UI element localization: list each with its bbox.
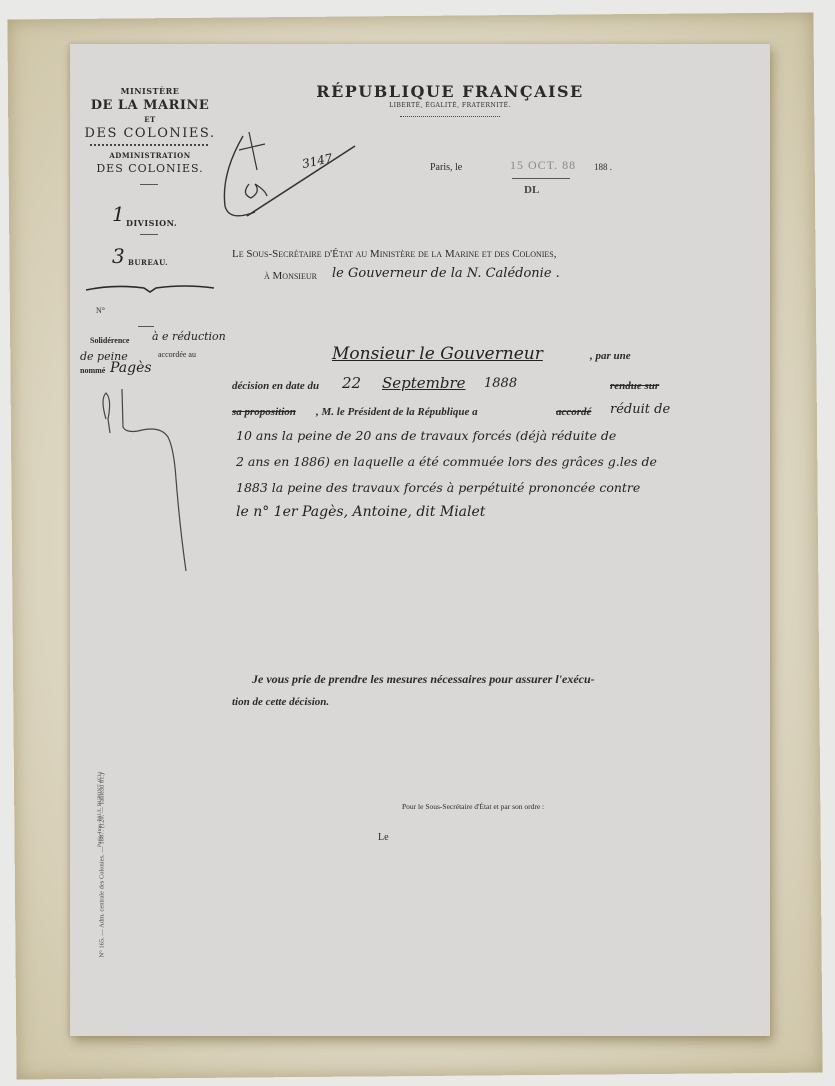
body-hand-line-6: 1883 la peine des travaux forcés à perpé…: [236, 480, 640, 495]
margin-nomme: nommé: [80, 366, 105, 375]
administration-name: DES COLONIES.: [86, 162, 214, 175]
year-prefix: 188 .: [594, 162, 612, 172]
struck-sa-proposition: sa proposition: [232, 406, 296, 418]
signature-label: Pour le Sous-Secrétaire d'État et par so…: [402, 802, 544, 811]
recipient-name: le Gouverneur de la N. Calédonie .: [332, 266, 560, 281]
closing-line-2: tion de cette décision.: [232, 696, 329, 708]
decision-year: 1888: [484, 376, 517, 391]
number-underline: [138, 326, 154, 327]
administration-label: ADMINISTRATION: [100, 151, 200, 160]
division-number: 1: [112, 202, 125, 226]
margin-subject-printed: Solidérence: [90, 336, 129, 345]
brace-divider-icon: [84, 282, 216, 294]
closing-line-1: Je vous prie de prendre les mesures néce…: [252, 672, 595, 687]
bureau-label: BUREAU.: [128, 258, 168, 267]
date-stamp: 15 OCT. 88: [510, 158, 576, 173]
date-underline: [512, 178, 570, 179]
signature-prefix: Le: [378, 832, 389, 843]
republic-motto: LIBERTÉ, ÉGALITÉ, FRATERNITÉ.: [360, 102, 540, 109]
monogram-reference-mark-icon: [215, 114, 365, 224]
margin-subject-hand: à e réduction: [152, 330, 226, 343]
printer-name: Paris. Imp. PAUL DUPONT. (Cl.): [97, 647, 103, 847]
margin-accordee: accordée au: [158, 350, 196, 359]
small-divider-1: [140, 184, 158, 185]
reduit-de: réduit de: [610, 402, 670, 417]
president-line: , M. le Président de la République a: [316, 406, 478, 418]
salutation-tail: , par une: [590, 350, 631, 362]
body-hand-line-7: le n° 1er Pagès, Antoine, dit Mialet: [236, 504, 485, 520]
body-hand-line-4: 10 ans la peine de 20 ans de travaux for…: [236, 428, 616, 443]
stamp-mark: DL: [524, 184, 539, 196]
letterhead-divider: [90, 144, 208, 146]
margin-initial-scribble-icon: [98, 389, 198, 579]
sender-line: Le Sous-Secrétaire d'État au Ministère d…: [232, 248, 557, 260]
ministry-label: MINISTÈRE: [110, 86, 190, 96]
bureau-number: 3: [112, 244, 125, 268]
decision-month: Septembre: [382, 374, 466, 392]
republic-title: RÉPUBLIQUE FRANÇAISE: [310, 82, 590, 101]
to-label: à Monsieur: [264, 270, 317, 282]
place-label: Paris, le: [430, 162, 462, 173]
struck-rendue-sur: rendue sur: [610, 380, 659, 392]
margin-name: Pagès: [110, 360, 152, 376]
ministry-name-line4: DES COLONIES.: [80, 126, 220, 141]
ministry-et: ET: [130, 115, 170, 124]
division-label: DIVISION.: [126, 218, 177, 228]
motto-underline: [400, 116, 500, 117]
number-label: N°: [96, 306, 105, 315]
small-divider-2: [140, 234, 158, 235]
salutation: Monsieur le Gouverneur: [332, 344, 543, 364]
body-hand-line-5: 2 ans en 1886) en laquelle a été commuée…: [236, 454, 657, 469]
decision-date-label: décision en date du: [232, 380, 319, 392]
struck-accorde: accordé: [556, 406, 591, 418]
document-sheet: MINISTÈRE DE LA MARINE ET DES COLONIES. …: [70, 44, 770, 1036]
decision-day: 22: [342, 374, 361, 392]
ministry-name-line2: DE LA MARINE: [84, 98, 216, 113]
